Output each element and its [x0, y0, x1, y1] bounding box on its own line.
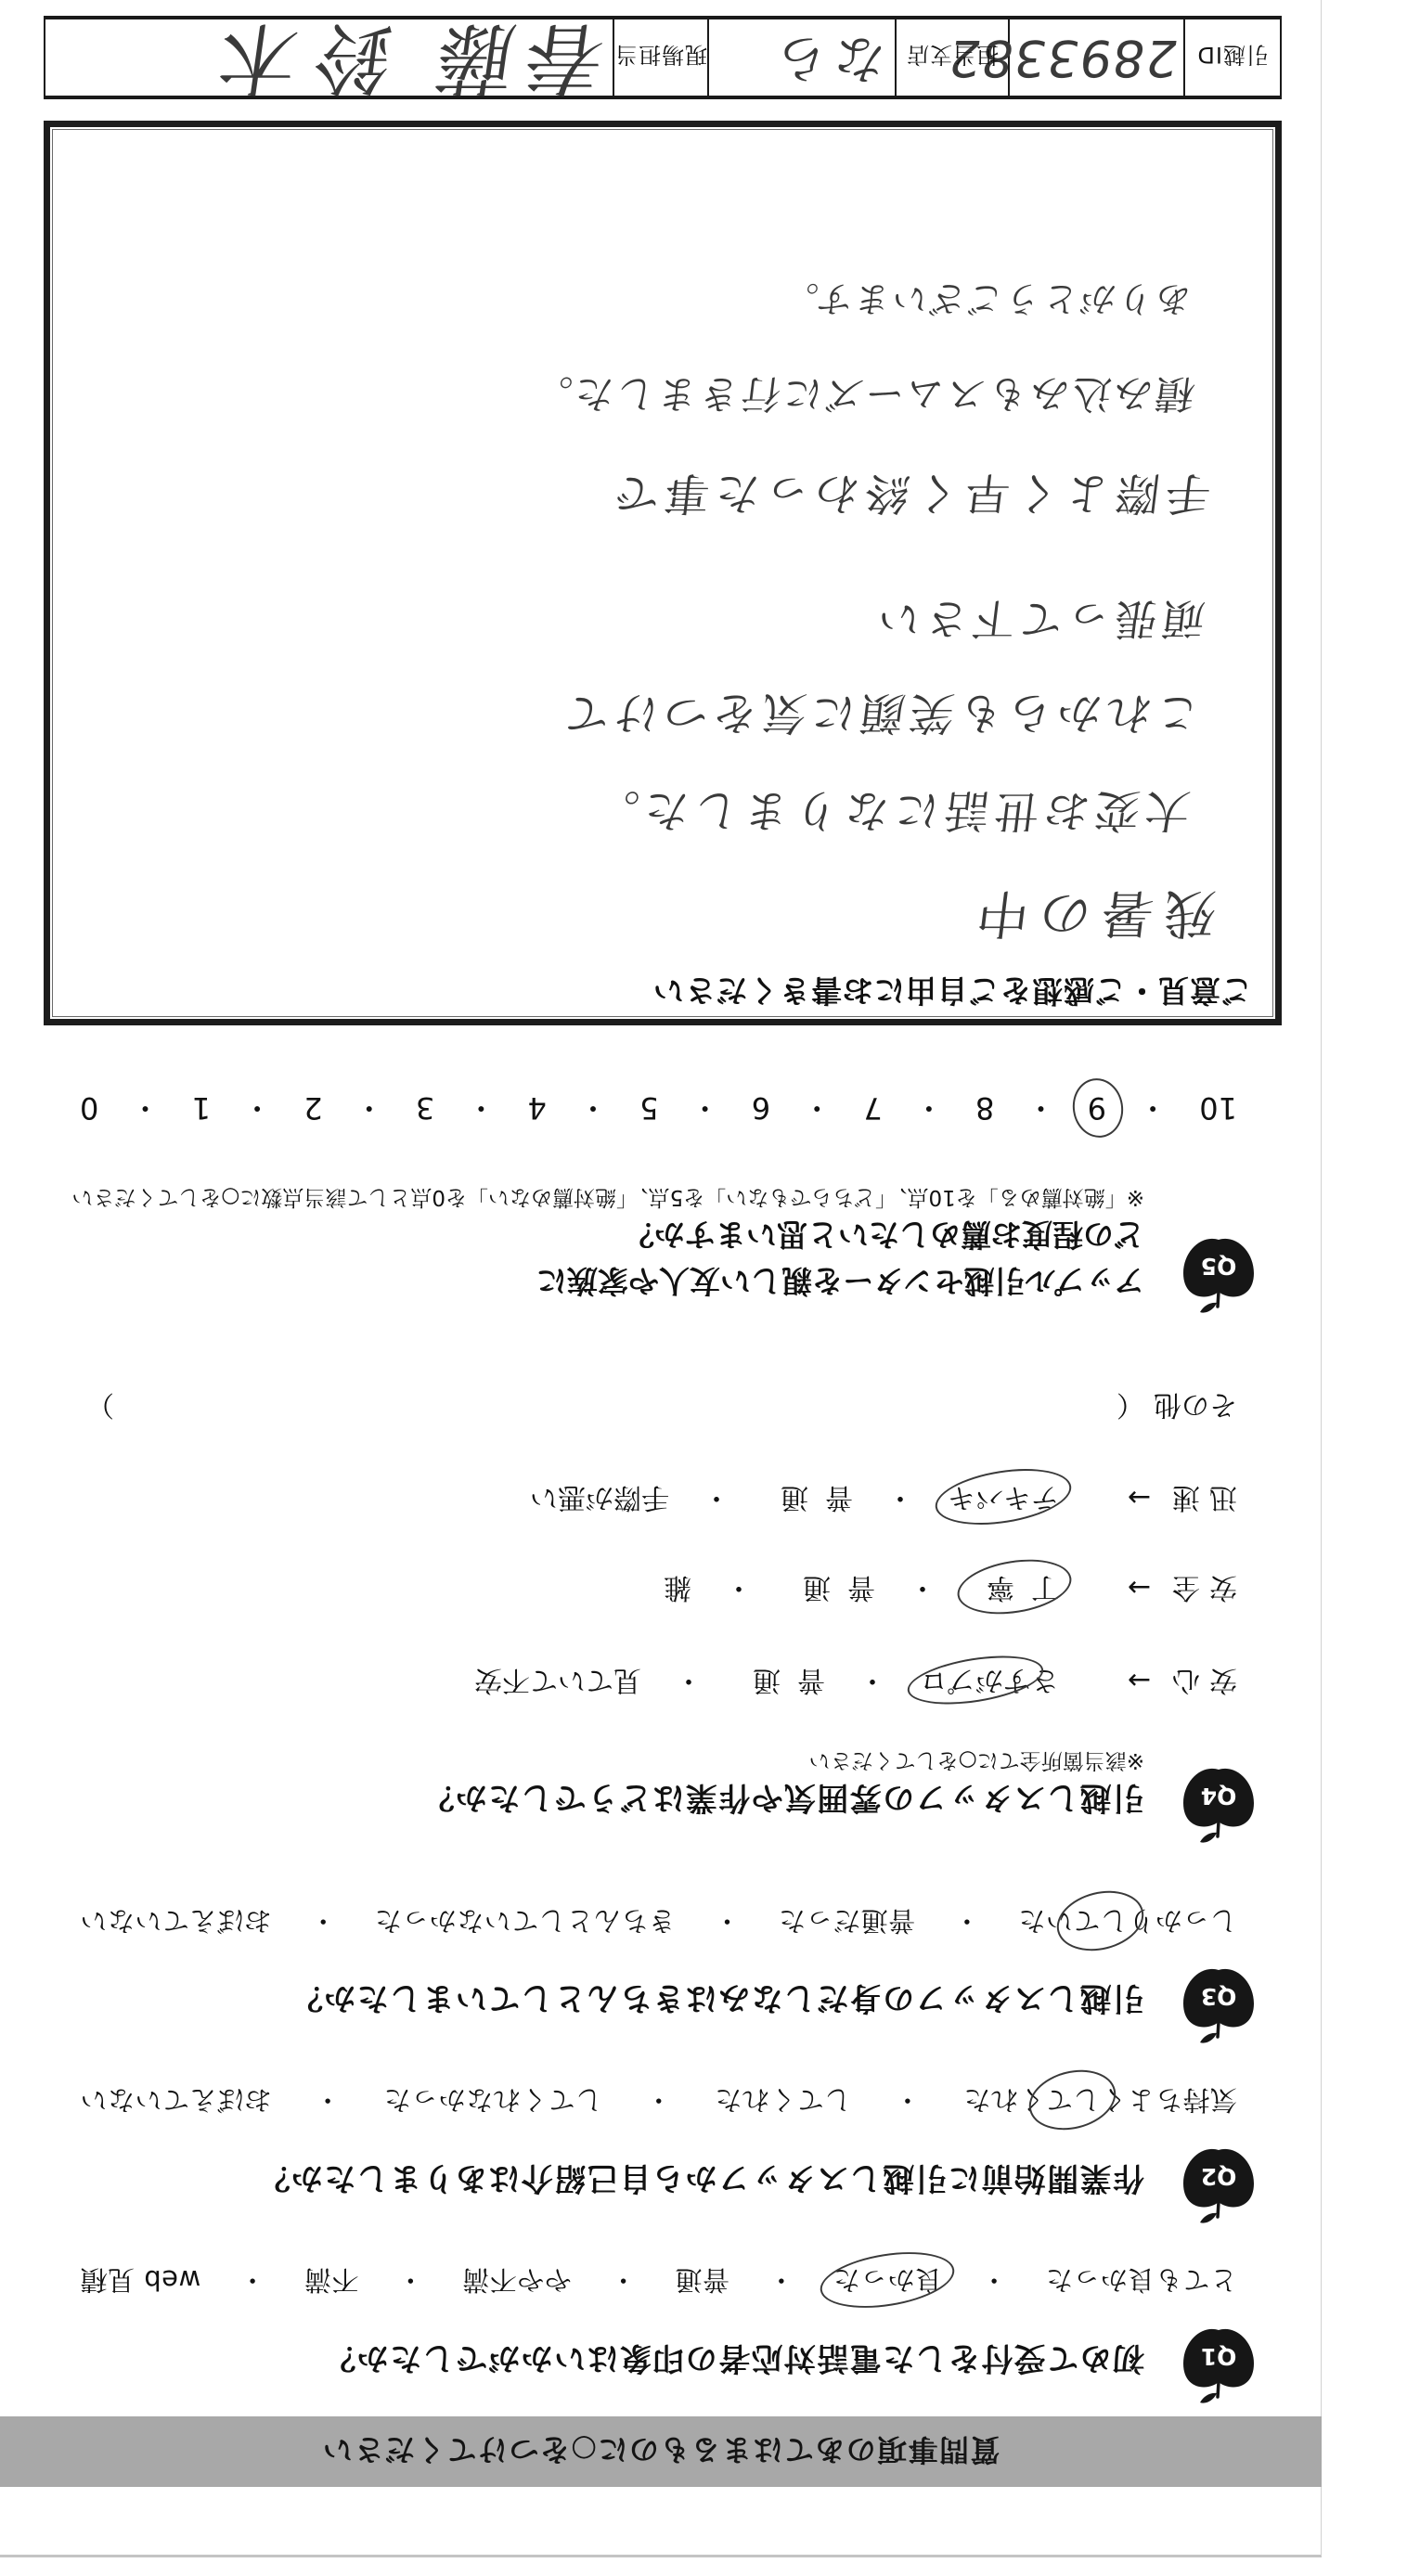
- q2-option-text-pre: 気持ちよく: [1100, 2084, 1237, 2116]
- q1-option-somewhat-dissatisfied: やや不満: [462, 2260, 572, 2300]
- q2-options: 気持ちよくしてくれた ・ してくれた ・ してくれなかった ・ おぼえていない: [80, 2080, 1237, 2120]
- q5-apple-badge-icon: Q5: [1176, 1234, 1261, 1314]
- instruction-text: 質問事項のあてはまるものに○をつけてください: [322, 2430, 1000, 2473]
- q3-apple-badge-icon: Q3: [1176, 1964, 1261, 2044]
- q5-question-line-1: アップル引越センターを親しい友人や家族に: [536, 1260, 1144, 1301]
- staff-name-1: 春藤: [420, 19, 609, 97]
- q4-row-other: その他 （ ）: [86, 1384, 1237, 1424]
- q2-apple-badge-icon: Q2: [1176, 2145, 1261, 2224]
- handwritten-line-7: ありがとうございます。: [778, 281, 1193, 316]
- q3-badge-label: Q3: [1201, 1983, 1237, 2010]
- q1-option-normal: 普通: [675, 2260, 729, 2300]
- q4-badge-label: Q4: [1201, 1783, 1237, 1810]
- separator: ・: [713, 1900, 741, 1941]
- score-0: 0: [80, 1086, 98, 1130]
- separator: ・: [914, 1086, 944, 1130]
- q1-option-dissatisfied: 不満: [303, 2260, 358, 2300]
- survey-sheet: 質問事項のあてはまるものに○をつけてください Q1 初めて受付をした電話対応者の…: [0, 0, 1407, 2576]
- q4-speed-option-normal: 普通: [764, 1476, 853, 1517]
- q3-options: しっかりしていた ・ 普通だった ・ きちんとしていなかった ・ おぼえていない: [80, 1900, 1237, 1941]
- q3-option-neat: しっかりしていた: [1018, 1900, 1237, 1941]
- separator: ・: [466, 1086, 496, 1130]
- q5-note: ※「絶対薦める」を10点、「どちらでもない」を5点、「絶対薦めない」を0点として…: [71, 1181, 1144, 1213]
- separator: ・: [886, 1476, 914, 1517]
- score-1: 1: [192, 1086, 211, 1130]
- separator: ・: [980, 2260, 1008, 2300]
- info-table: 引越ID 2893382 担当支店 なら 現場担当 春藤 鈴木: [44, 16, 1282, 99]
- handwritten-line-1: 残暑の中: [964, 886, 1220, 938]
- q1-option-web-estimate: web 見積: [80, 2260, 200, 2300]
- arrow-right-icon: →: [1059, 1476, 1151, 1517]
- score-7: 7: [863, 1086, 882, 1130]
- q4-row-label: 安全: [1151, 1566, 1237, 1607]
- arrow-right-icon: →: [1059, 1566, 1151, 1607]
- q4-other-label: その他: [1154, 1384, 1237, 1424]
- branch-value: なら: [767, 32, 889, 84]
- handwritten-line-4: 頑張って下さい: [871, 598, 1207, 640]
- separator: ・: [1026, 1086, 1056, 1130]
- branch-label: 担当支店: [895, 19, 1009, 96]
- staff-label: 現場担当: [613, 19, 708, 96]
- separator: ・: [610, 2260, 638, 2300]
- q4-row-label: 安心: [1151, 1659, 1237, 1700]
- q4-note: ※該当箇所全てに○をしてください: [809, 1745, 1144, 1776]
- staff-name-2: 鈴木: [197, 19, 397, 97]
- instruction-bar: 質問事項のあてはまるものに○をつけてください: [0, 2416, 1322, 2487]
- q3-option-normal: 普通だった: [779, 1900, 916, 1941]
- q1-badge-label: Q1: [1201, 2343, 1237, 2370]
- handwritten-line-6: 積み込みもスムーズに行きました。: [528, 374, 1197, 413]
- comment-label: ご意見・ご感想をご自由にお書きください: [652, 972, 1252, 1009]
- separator: ・: [309, 1900, 337, 1941]
- separator: ・: [355, 1086, 384, 1130]
- score-8: 8: [975, 1086, 994, 1130]
- separator: ・: [242, 1086, 272, 1130]
- arrow-right-icon: →: [1059, 1659, 1151, 1700]
- handwritten-line-5: 手際よく早く終わった事で: [607, 470, 1213, 515]
- q4-row-label: 迅速: [1151, 1476, 1237, 1517]
- q2-badge-label: Q2: [1201, 2163, 1237, 2190]
- separator: ・: [802, 1086, 832, 1130]
- q4-apple-badge-icon: Q4: [1176, 1764, 1261, 1844]
- q4-reassurance-option-professional: さすがプロ: [920, 1659, 1059, 1700]
- score-5: 5: [639, 1086, 658, 1130]
- q3-option-text-pre: しっかり: [1128, 1905, 1237, 1937]
- separator: ・: [1138, 1086, 1168, 1130]
- score-2: 2: [303, 1086, 322, 1130]
- separator: ・: [691, 1086, 720, 1130]
- q4-safety-option-rough: 雑: [664, 1566, 691, 1607]
- separator: ・: [858, 1659, 886, 1700]
- separator: ・: [703, 1476, 730, 1517]
- q4-speed-option-brisk-circled: テキパキ: [948, 1476, 1059, 1517]
- separator: ・: [909, 1566, 936, 1607]
- q4-row-speed: 迅速 → テキパキ ・ 普通 ・ 手際が悪い: [530, 1476, 1237, 1517]
- separator: ・: [131, 1086, 161, 1130]
- q4-speed-option-clumsy: 手際が悪い: [530, 1476, 669, 1517]
- q2-option-introduced: してくれた: [715, 2080, 852, 2120]
- score-10: 10: [1199, 1086, 1237, 1130]
- handwritten-line-3: これからも笑顔に気をつけて: [558, 690, 1203, 735]
- q2-option-not-introduced: してくれなかった: [383, 2080, 602, 2120]
- q1-option-very-good: とても良かった: [1045, 2260, 1237, 2300]
- close-paren: ）: [86, 1384, 114, 1424]
- q3-question: 引越しスタッフの身だしなみはきちんとしていましたか？: [290, 1977, 1144, 2018]
- q4-row-safety: 安全 → 丁寧 ・ 普通 ・ 雑: [664, 1566, 1237, 1607]
- q4-reassurance-option-normal: 普通: [736, 1659, 825, 1700]
- q2-circled-mark: して: [1045, 2084, 1100, 2116]
- separator: ・: [314, 2080, 342, 2120]
- q5-question-line-2: どの程度お薦めしたいと思いますか？: [624, 1214, 1144, 1255]
- q3-circled-mark: して: [1073, 1905, 1128, 1937]
- separator: ・: [675, 1659, 703, 1700]
- open-paren: （: [1117, 1384, 1144, 1424]
- q3-option-not-neat: きちんとしていなかった: [374, 1900, 676, 1941]
- q4-row-reassurance: 安心 → さすがプロ ・ 普通 ・ 見ていて不安: [474, 1659, 1237, 1700]
- q3-option-dont-remember: おぼえていない: [80, 1900, 272, 1941]
- q1-option-good-circled: 良かった: [833, 2260, 942, 2300]
- separator: ・: [396, 2260, 424, 2300]
- move-id-cell: 2893382: [1008, 19, 1183, 96]
- score-3: 3: [416, 1086, 434, 1130]
- separator: ・: [894, 2080, 922, 2120]
- q5-score-scale: 10 ・ 9 ・ 8 ・ 7 ・ 6 ・ 5 ・ 4 ・ 3 ・ 2 ・ 1 ・…: [80, 1086, 1237, 1130]
- branch-cell: なら: [707, 19, 894, 96]
- separator: ・: [953, 1900, 981, 1941]
- q4-safety-option-normal: 普通: [786, 1566, 875, 1607]
- separator: ・: [645, 2080, 673, 2120]
- q4-question: 引越しスタッフの雰囲気や作業はどうでしたか？: [421, 1777, 1144, 1818]
- separator: ・: [725, 1566, 753, 1607]
- handwritten-line-2: 大変お世話になりました。: [586, 788, 1193, 832]
- q1-apple-badge-icon: Q1: [1176, 2325, 1261, 2404]
- q2-option-dont-remember: おぼえていない: [80, 2080, 272, 2120]
- score-6: 6: [752, 1086, 770, 1130]
- separator: ・: [239, 2260, 266, 2300]
- score-4: 4: [528, 1086, 547, 1130]
- q4-reassurance-option-anxious: 見ていて不安: [474, 1659, 641, 1700]
- separator: ・: [578, 1086, 608, 1130]
- q4-reassurance-circled-mark: すがプロ: [920, 1664, 1031, 1696]
- q1-question: 初めて受付をした電話対応者の印象はいかがでしたか？: [323, 2338, 1144, 2378]
- q5-badge-label: Q5: [1201, 1253, 1237, 1280]
- q2-option-pleasantly-introduced: 気持ちよくしてくれた: [963, 2080, 1237, 2120]
- q2-question: 作業開始前に引越しスタッフから自己紹介はありましたか？: [257, 2157, 1144, 2198]
- score-9-circled: 9: [1088, 1086, 1106, 1130]
- separator: ・: [768, 2260, 795, 2300]
- q1-options: とても良かった ・ 良かった ・ 普通 ・ やや不満 ・ 不満 ・ web 見積: [80, 2260, 1237, 2300]
- q4-safety-option-careful-circled: 丁寧: [970, 1566, 1059, 1607]
- move-id-label: 引越ID: [1183, 19, 1280, 96]
- staff-cell: 春藤 鈴木: [45, 19, 613, 96]
